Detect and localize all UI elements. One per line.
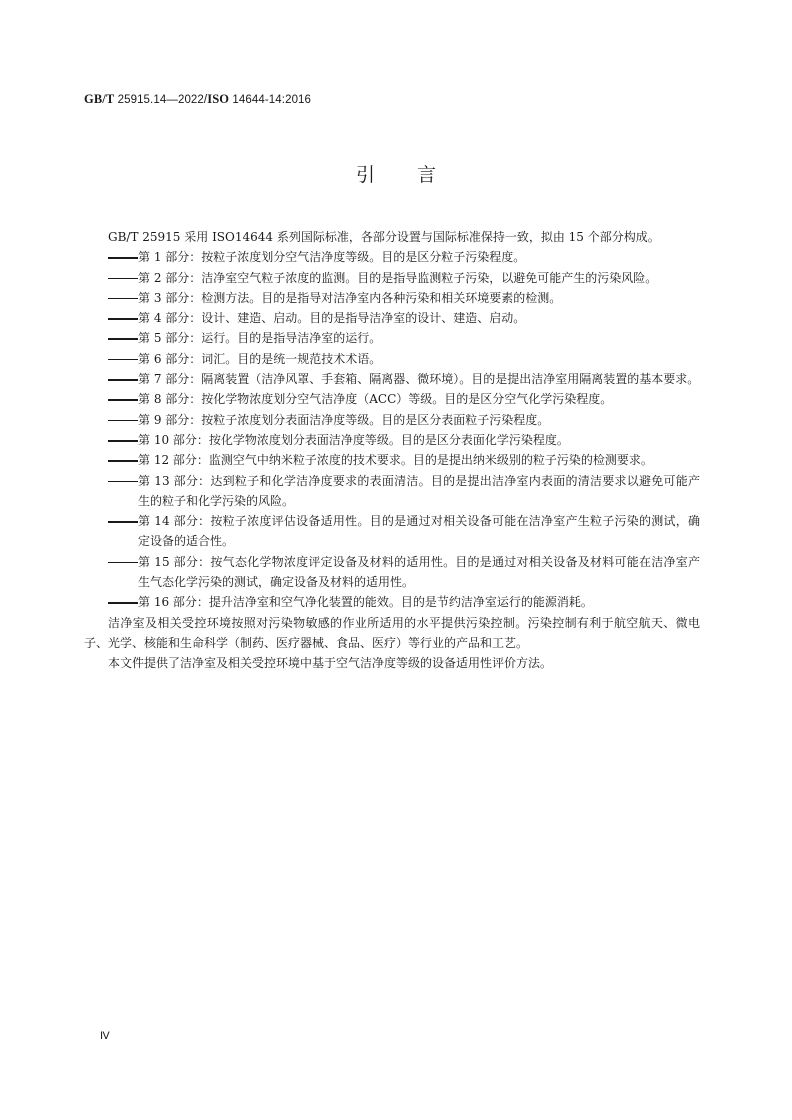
list-item: 第 2 部分：洁净室空气粒子浓度的监测。目的是指导监测粒子污染，以避免可能产生的… xyxy=(84,268,700,288)
parts-list: 第 1 部分：按粒子浓度划分空气洁净度等级。目的是区分粒子污染程度。 第 2 部… xyxy=(84,247,700,612)
em-dash-marker xyxy=(108,460,138,462)
em-dash-marker xyxy=(108,602,138,604)
em-dash-marker xyxy=(108,257,138,259)
document-header: GB/T 25915.14—2022/ISO 14644-14:2016 xyxy=(84,92,311,107)
list-item: 第 12 部分：监测空气中纳米粒子浓度的技术要求。目的是提出纳米级别的粒子污染的… xyxy=(84,450,700,470)
document-body: GB/T 25915 采用 ISO14644 系列国际标准，各部分设置与国际标准… xyxy=(84,227,700,674)
standard-number: 25915.14—2022/ xyxy=(118,94,208,106)
list-item: 第 6 部分：词汇。目的是统一规范技术术语。 xyxy=(84,349,700,369)
em-dash-marker xyxy=(108,420,138,422)
list-item: 第 4 部分：设计、建造、启动。目的是指导洁净室的设计、建造、启动。 xyxy=(84,308,700,328)
list-item: 第 8 部分：按化学物浓度划分空气洁净度（ACC）等级。目的是区分空气化学污染程… xyxy=(84,389,700,409)
list-item: 第 3 部分：检测方法。目的是指导对洁净室内各种污染和相关环境要素的检测。 xyxy=(84,288,700,308)
section-title: 引言 xyxy=(0,160,792,187)
page-number: Ⅳ xyxy=(100,1030,110,1042)
em-dash-marker xyxy=(108,399,138,401)
em-dash-marker xyxy=(108,298,138,300)
list-item: 第 16 部分：提升洁净室和空气净化装置的能效。目的是节约洁净室运行的能源消耗。 xyxy=(84,592,700,612)
em-dash-marker xyxy=(108,481,138,483)
em-dash-marker xyxy=(108,521,138,523)
em-dash-marker xyxy=(108,379,138,381)
em-dash-marker xyxy=(108,359,138,361)
purpose-paragraph: 本文件提供了洁净室及相关受控环境中基于空气洁净度等级的设备适用性评价方法。 xyxy=(84,653,700,673)
list-item: 第 7 部分：隔离装置（洁净风罩、手套箱、隔离器、微环境）。目的是提出洁净室用隔… xyxy=(84,369,700,389)
list-item: 第 14 部分：按粒子浓度评估设备适用性。目的是通过对相关设备可能在洁净室产生粒… xyxy=(84,511,700,552)
em-dash-marker xyxy=(108,338,138,340)
standard-prefix: GB/T xyxy=(84,92,114,106)
list-item: 第 5 部分：运行。目的是指导洁净室的运行。 xyxy=(84,328,700,348)
intro-paragraph: GB/T 25915 采用 ISO14644 系列国际标准，各部分设置与国际标准… xyxy=(84,227,700,247)
list-item: 第 9 部分：按粒子浓度划分表面洁净度等级。目的是区分表面粒子污染程度。 xyxy=(84,410,700,430)
scope-paragraph: 洁净室及相关受控环境按照对污染物敏感的作业所适用的水平提供污染控制。污染控制有利… xyxy=(84,613,700,654)
em-dash-marker xyxy=(108,278,138,280)
list-item: 第 13 部分：达到粒子和化学洁净度要求的表面清洁。目的是提出洁净室内表面的清洁… xyxy=(84,471,700,512)
em-dash-marker xyxy=(108,318,138,320)
em-dash-marker xyxy=(108,440,138,442)
iso-number: 14644-14:2016 xyxy=(232,94,311,106)
list-item: 第 1 部分：按粒子浓度划分空气洁净度等级。目的是区分粒子污染程度。 xyxy=(84,247,700,267)
list-item: 第 15 部分：按气态化学物浓度评定设备及材料的适用性。目的是通过对相关设备及材… xyxy=(84,552,700,593)
iso-prefix: ISO xyxy=(207,92,229,106)
em-dash-marker xyxy=(108,562,138,564)
list-item: 第 10 部分：按化学物浓度划分表面洁净度等级。目的是区分表面化学污染程度。 xyxy=(84,430,700,450)
